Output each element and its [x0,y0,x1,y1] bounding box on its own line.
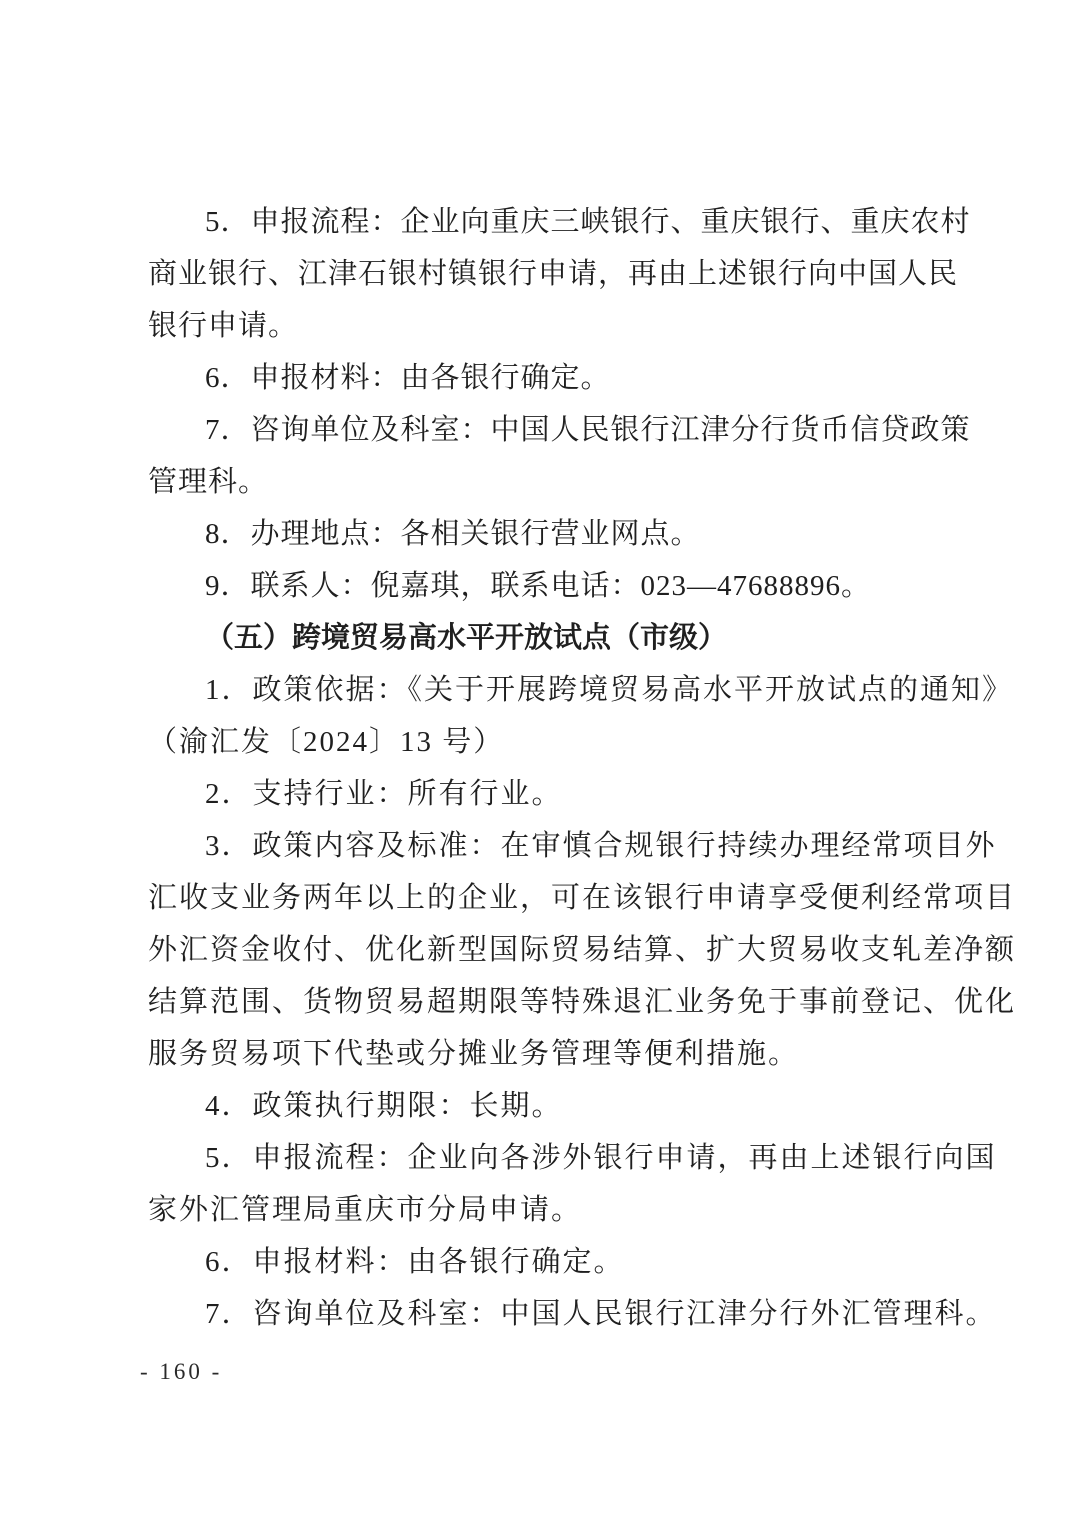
section-heading: （五）跨境贸易高水平开放试点（市级） [148,612,935,664]
text-line: 7．咨询单位及科室：中国人民银行江津分行外汇管理科。 [148,1288,935,1340]
text-line: 6．申报材料：由各银行确定。 [148,1236,935,1288]
text-line: 管理科。 [148,456,935,508]
text-line: 外汇资金收付、优化新型国际贸易结算、扩大贸易收支轧差净额 [148,924,935,976]
text-line: 3．政策内容及标准：在审慎合规银行持续办理经常项目外 [148,820,935,872]
text-line: 7．咨询单位及科室：中国人民银行江津分行货币信贷政策 [148,404,935,456]
text-line: 银行申请。 [148,300,935,352]
document-body: 5．申报流程：企业向重庆三峡银行、重庆银行、重庆农村 商业银行、江津石银村镇银行… [148,196,935,1340]
text-line: 1．政策依据：《关于开展跨境贸易高水平开放试点的通知》 [148,664,935,716]
text-line: 商业银行、江津石银村镇银行申请，再由上述银行向中国人民 [148,248,935,300]
text-line: 8．办理地点：各相关银行营业网点。 [148,508,935,560]
document-page: 5．申报流程：企业向重庆三峡银行、重庆银行、重庆农村 商业银行、江津石银村镇银行… [0,0,1074,1520]
page-number: - 160 - [140,1358,222,1386]
text-line: 5．申报流程：企业向各涉外银行申请，再由上述银行向国 [148,1132,935,1184]
text-line: 服务贸易项下代垫或分摊业务管理等便利措施。 [148,1028,935,1080]
text-line: 结算范围、货物贸易超期限等特殊退汇业务免于事前登记、优化 [148,976,935,1028]
text-line: （渝汇发〔2024〕13 号） [148,716,935,768]
text-line: 2．支持行业：所有行业。 [148,768,935,820]
text-line: 6．申报材料：由各银行确定。 [148,352,935,404]
text-line: 4．政策执行期限：长期。 [148,1080,935,1132]
text-line: 家外汇管理局重庆市分局申请。 [148,1184,935,1236]
text-line: 汇收支业务两年以上的企业，可在该银行申请享受便利经常项目 [148,872,935,924]
text-line: 9．联系人：倪嘉琪，联系电话：023—47688896。 [148,560,935,612]
text-line: 5．申报流程：企业向重庆三峡银行、重庆银行、重庆农村 [148,196,935,248]
